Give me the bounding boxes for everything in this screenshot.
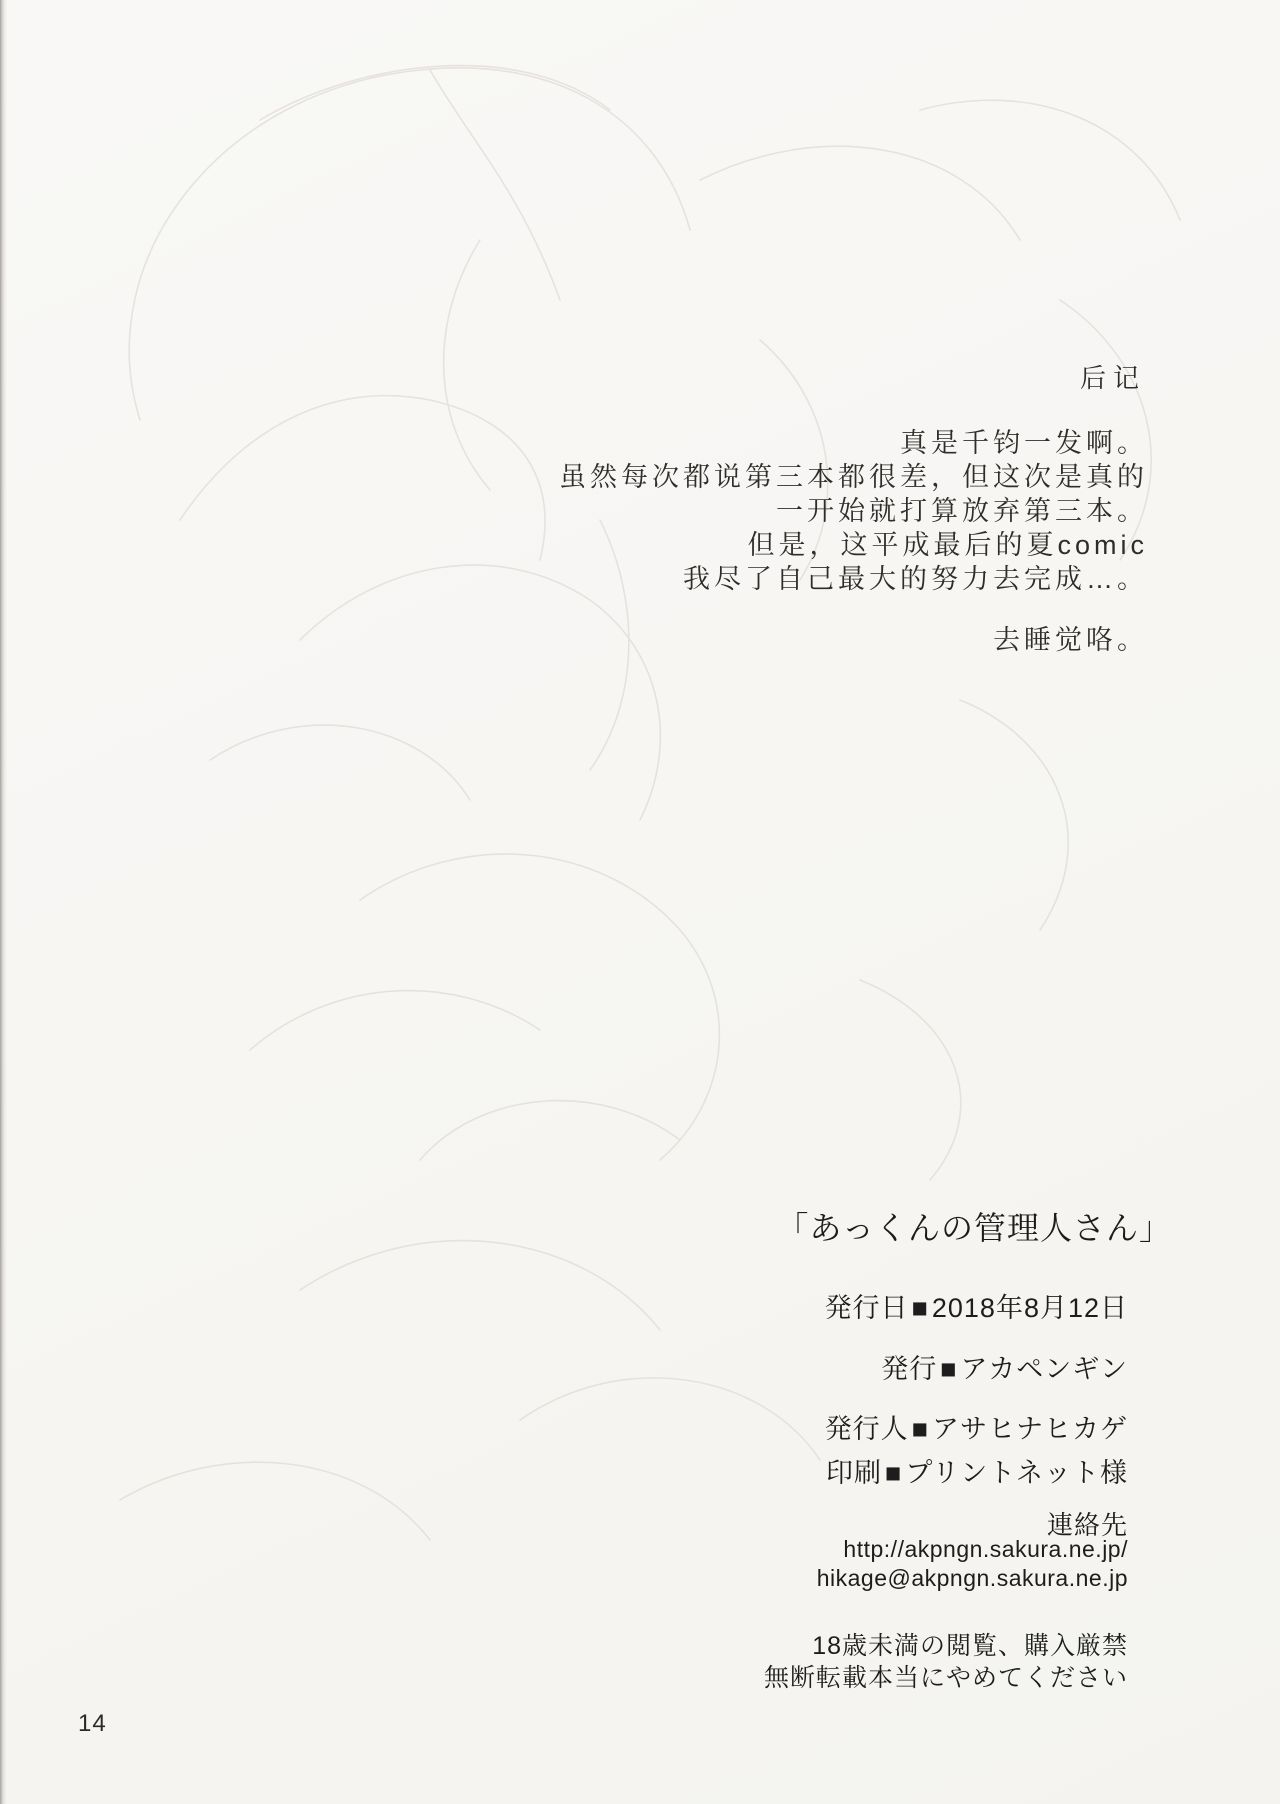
- square-bullet-icon: ■: [885, 1458, 902, 1488]
- entry-value: アサヒナヒカゲ: [932, 1414, 1128, 1444]
- entry-value: プリントネット様: [905, 1458, 1128, 1488]
- square-bullet-icon: ■: [912, 1414, 929, 1444]
- age-restriction-warning: 18歳未満の閲覧、購入厳禁: [812, 1626, 1128, 1662]
- page-number: 14: [78, 1710, 107, 1738]
- afterword-title: 后记: [1080, 358, 1146, 395]
- colophon-entry-author: 発行人■アサヒナヒカゲ: [825, 1407, 1128, 1446]
- email-address: hikage@akpngn.sakura.ne.jp: [817, 1565, 1128, 1592]
- doujin-title: 「あっくんの管理人さん」: [776, 1203, 1172, 1249]
- entry-value: 2018年8月12日: [932, 1293, 1128, 1323]
- colophon-entry-publish-date: 発行日■2018年8月12日: [825, 1286, 1128, 1325]
- afterword-line: 我尽了自己最大的努力去完成…。: [683, 557, 1148, 596]
- entry-label: 発行人: [825, 1414, 909, 1444]
- no-reproduction-warning: 無断転載本当にやめてください: [764, 1658, 1128, 1694]
- entry-label: 印刷: [826, 1458, 882, 1488]
- entry-value: アカペンギン: [961, 1354, 1128, 1384]
- scan-edge-shadow: [0, 0, 7, 1804]
- square-bullet-icon: ■: [912, 1293, 929, 1323]
- afterword-closing-line: 去睡觉咯。: [993, 618, 1148, 657]
- website-url: http://akpngn.sakura.ne.jp/: [843, 1536, 1128, 1563]
- square-bullet-icon: ■: [940, 1354, 957, 1384]
- colophon-entry-publisher: 発行■アカペンギン: [881, 1347, 1128, 1386]
- entry-label: 発行: [881, 1354, 937, 1384]
- scanned-doujin-page: 后记 真是千钧一发啊。 虽然每次都说第三本都很差，但这次是真的 一开始就打算放弃…: [0, 0, 1280, 1804]
- entry-label: 発行日: [825, 1293, 909, 1323]
- colophon-entry-printer: 印刷■プリントネット様: [826, 1451, 1128, 1490]
